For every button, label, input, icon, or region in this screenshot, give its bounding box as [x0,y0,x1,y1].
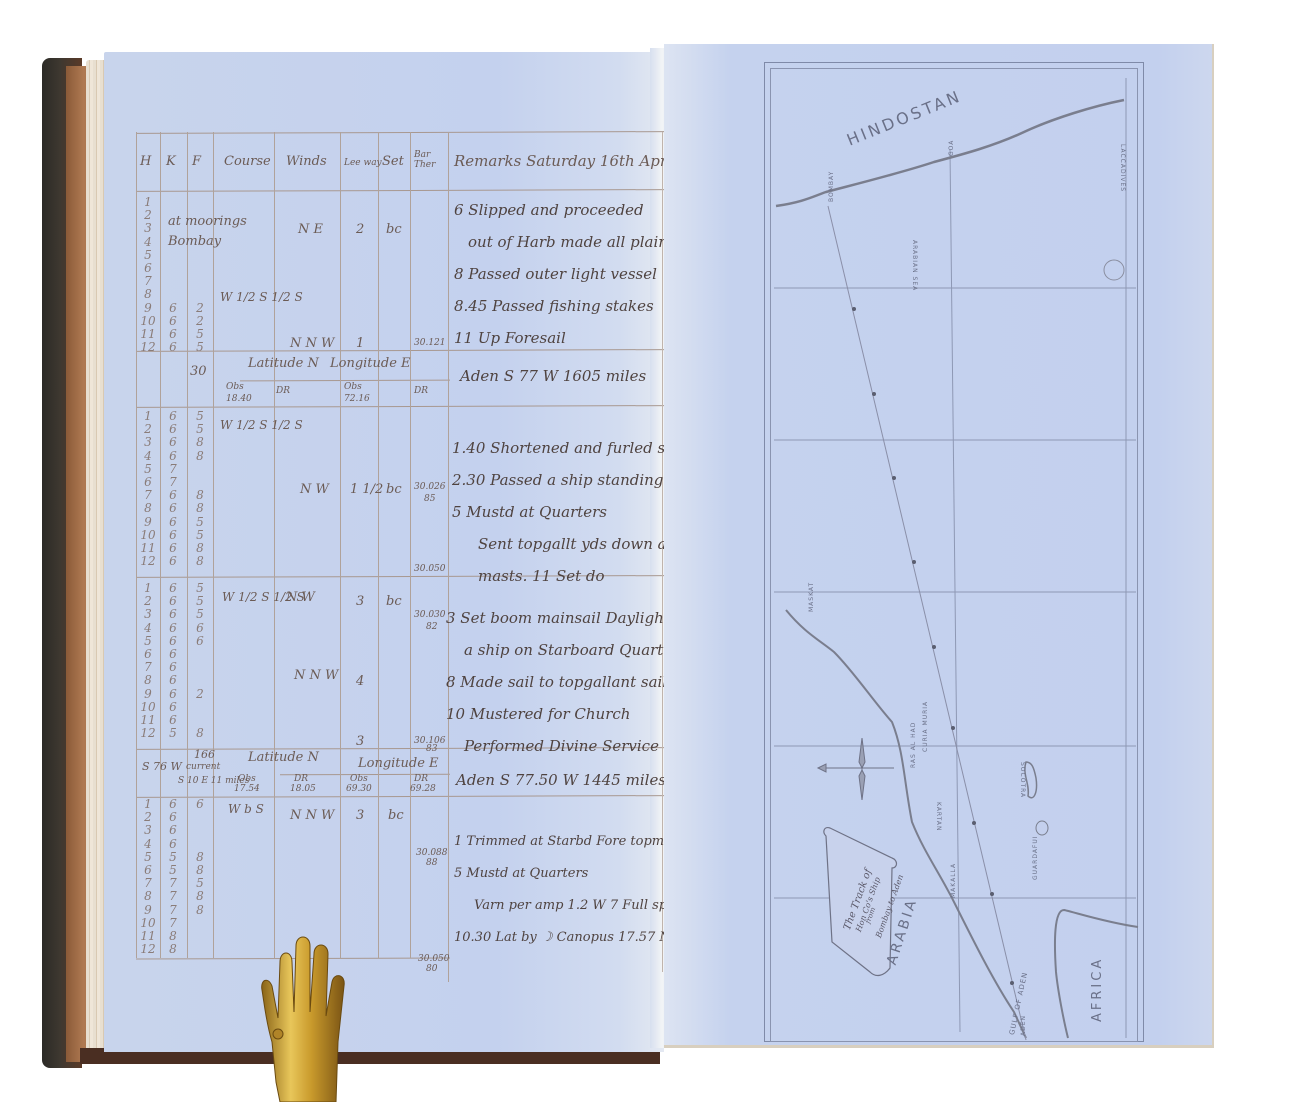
header-winds: Winds [286,154,327,169]
winds-value: N N W [290,336,334,351]
column-rule [378,132,379,958]
thermometer-value: 80 [426,964,437,974]
distance-run: 166 [194,748,215,761]
course-value: W b S [228,802,264,816]
hours-column: 123456789101112 [138,582,158,740]
label-laccadives: LACCADIVES [1119,144,1126,192]
thermometer-value: 83 [426,744,437,754]
lat-obs-value: 18.40 [226,394,252,404]
label-guardafui: GUARDAFUI [1032,835,1039,880]
label-ras-al-had: RAS AL HAD [910,722,917,768]
lon-dr-label: DR [414,774,428,784]
bearing-to-aden: Aden S 77.50 W 1445 miles [456,770,666,790]
lat-dr-value: 18.05 [290,784,316,794]
lon-obs-value: 72.16 [344,394,370,404]
lat-dr-label: DR [294,774,308,784]
label-maskat: MASKAT [808,582,815,612]
winds-value: N W [300,482,329,497]
label-bombay: BOMBAY [828,171,835,202]
label-aden: ADEN [1020,1015,1027,1036]
winds-value: N W [286,590,315,605]
rule [136,405,670,408]
current-label: current [186,762,220,772]
leeway-value: 3 [356,808,364,823]
remarks-block: 6 Slipped and proceeded out of Harb made… [454,194,699,354]
header-bar-ther: Bar Ther [414,150,444,170]
header-fathoms: F [192,154,201,169]
set-value: bc [386,222,402,237]
rule [136,131,670,134]
longitude-label: Longitude E [330,356,411,371]
fathoms-column: 6 88588 [191,798,209,956]
header-course: Course [224,154,271,169]
column-rule [187,132,188,958]
course-value: W 1/2 S 1/2 S [220,418,303,432]
lat-obs-value: 17.54 [234,784,260,794]
barometer-value: 30.121 [414,338,446,348]
column-rule [160,132,161,958]
course-value: W 1/2 S 1/2 S [220,290,303,304]
leeway-value: 3 [356,594,364,609]
column-rule [410,132,411,958]
leeway-value: 1 1/2 [350,482,383,497]
lon-dr-value: 69.28 [410,784,436,794]
fathoms-column: 55566 2 8 [191,582,209,740]
open-logbook: H K F Course Winds Lee way Set Bar Ther … [0,0,1294,1102]
column-rule [448,132,449,982]
header-set: Set [382,154,404,169]
barometer-value: 30.088 [416,848,448,858]
winds-value: N E [298,222,323,237]
lon-obs-label: Obs [350,774,368,784]
leeway-value: 4 [356,674,364,689]
winds-value: N N W [290,808,334,823]
position-note: at moorings Bombay [168,212,268,252]
barometer-value: 30.026 [414,482,446,492]
track-chart: HINDOSTAN ARABIA AFRICA BOMBAY GOA ARABI… [764,62,1144,1042]
lon-obs-value: 69.30 [346,784,372,794]
thermometer-value: 85 [424,494,435,504]
set-value: bc [388,808,404,823]
label-socotra: SOCOTRA [1019,762,1026,798]
distance-run: 30 [190,364,207,379]
leeway-value: 3 [356,734,364,749]
brass-hand-page-holder [258,932,358,1102]
column-rule [274,132,275,958]
set-value: bc [386,482,402,497]
lon-dr-label: DR [414,386,428,396]
rule [136,189,670,192]
lat-obs-label: Obs [238,774,256,784]
label-africa: AFRICA [1090,957,1105,1022]
label-makalla: MAKALLA [950,863,957,898]
barometer-value: 30.050 [414,564,446,574]
hours-column: 123456789101112 [138,798,158,956]
column-rule [213,132,214,958]
column-rule [136,132,137,958]
knots-column: 666655777788 [164,798,182,956]
barometer-value: 30.030 [414,610,446,620]
thermometer-value: 88 [426,858,437,868]
knots-column: 666677666666 [164,410,182,568]
log-table: H K F Course Winds Lee way Set Bar Ther … [130,118,670,978]
bearing-to-aden: Aden S 77 W 1605 miles [460,366,646,386]
header-leeway: Lee way [344,158,382,168]
lon-obs-label: Obs [344,382,362,392]
latitude-label: Latitude N [248,750,319,765]
leeway-value: 2 [356,222,364,237]
column-rule [340,132,341,958]
header-hour: H [140,154,151,169]
label-arabian-sea: ARABIAN SEA [911,240,918,291]
label-goa: GOA [948,140,955,156]
rule [136,795,670,798]
latitude-label: Latitude N [248,356,319,371]
lat-obs-label: Obs [226,382,244,392]
fathoms-column: 5588 885588 [191,410,209,568]
hours-column: 123456789101112 [138,410,158,568]
hours-column: 123456789101112 [138,196,158,354]
winds-value: N N W [294,668,338,683]
remarks-block: 3 Set boom mainsail Daylight a ship on S… [446,602,679,762]
label-kartan: KARTAN [935,802,942,831]
header-knots: K [166,154,176,169]
lat-dr-label: DR [276,386,290,396]
label-curia-muria: CURIA MURIA [922,701,929,752]
knots-column: 666666666665 [164,582,182,740]
longitude-label: Longitude E [358,756,439,771]
header-remarks: Remarks Saturday 16th April [454,152,677,170]
leeway-value: 1 [356,336,364,351]
course-made-good: S 76 W [142,760,182,773]
barometer-value: 30.050 [418,954,450,964]
set-value: bc [386,594,402,609]
thermometer-value: 82 [426,622,437,632]
